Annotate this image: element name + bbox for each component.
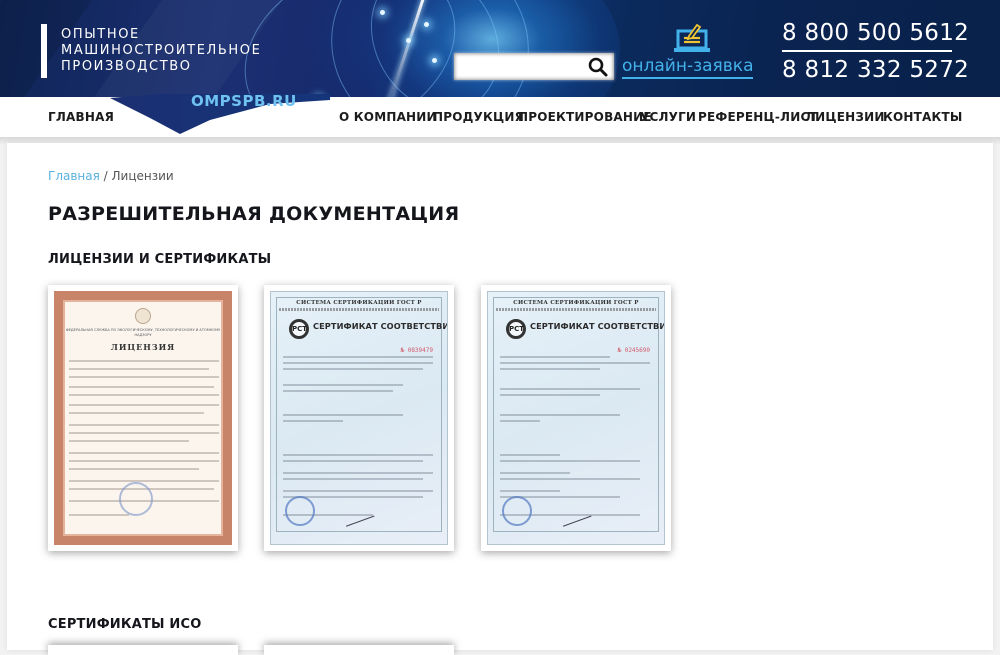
header-banner: ОПЫТНОЕ МАШИНОСТРОИТЕЛЬНОЕ ПРОИЗВОДСТВО … — [0, 0, 1000, 97]
certification-system: СИСТЕМА СЕРТИФИКАЦИИ ГОСТ Р — [488, 300, 664, 306]
nav-item-design[interactable]: ПРОЕКТИРОВАНИЕ — [518, 110, 652, 124]
online-order[interactable]: онлайн-заявка — [622, 18, 757, 80]
nav-item-services[interactable]: УСЛУГИ — [640, 110, 696, 124]
stamp-icon — [285, 496, 315, 526]
document-thumbnail-certificate[interactable]: СИСТЕМА СЕРТИФИКАЦИИ ГОСТ Р РСТ СЕРТИФИК… — [264, 285, 454, 551]
search-icon[interactable] — [588, 57, 608, 77]
iso-document-thumbnail[interactable] — [264, 645, 454, 650]
document-org: ФЕДЕРАЛЬНАЯ СЛУЖБА ПО ЭКОЛОГИЧЕСКОМУ, ТЕ… — [63, 328, 223, 338]
banner-decor — [406, 38, 411, 43]
document-heading: СЕРТИФИКАТ СООТВЕТСТВИЯ — [313, 321, 448, 331]
logo-line: ОПЫТНОЕ — [61, 27, 261, 43]
banner-decor — [380, 10, 385, 15]
nav-item-licenses[interactable]: ЛИЦЕНЗИИ — [805, 110, 885, 124]
document-thumbnail-certificate[interactable]: СИСТЕМА СЕРТИФИКАЦИИ ГОСТ Р РСТ СЕРТИФИК… — [481, 285, 671, 551]
phones: 8 800 500 5612 8 812 332 5272 — [782, 18, 952, 85]
logo[interactable]: ОПЫТНОЕ МАШИНОСТРОИТЕЛЬНОЕ ПРОИЗВОДСТВО — [61, 27, 261, 75]
stamp-icon — [119, 482, 153, 516]
site-url[interactable]: OMPSPB.RU — [191, 92, 297, 110]
stamp-icon — [502, 496, 532, 526]
breadcrumb-current: Лицензии — [112, 169, 174, 183]
section-title-licenses: ЛИЦЕНЗИИ И СЕРТИФИКАТЫ — [48, 252, 271, 267]
logo-line: ПРОИЗВОДСТВО — [61, 59, 261, 75]
logo-line: МАШИНОСТРОИТЕЛЬНОЕ — [61, 43, 261, 59]
breadcrumb-home[interactable]: Главная — [48, 169, 100, 183]
certificate-image: СИСТЕМА СЕРТИФИКАЦИИ ГОСТ Р РСТ СЕРТИФИК… — [270, 291, 448, 545]
logo-bar — [41, 24, 47, 78]
search-box — [454, 53, 614, 80]
document-thumbnail-license[interactable]: ФЕДЕРАЛЬНАЯ СЛУЖБА ПО ЭКОЛОГИЧЕСКОМУ, ТЕ… — [48, 285, 238, 551]
section-title-iso: СЕРТИФИКАТЫ ИСО — [48, 617, 202, 632]
banner-decor — [424, 22, 429, 27]
document-heading: СЕРТИФИКАТ СООТВЕТСТВИЯ — [530, 321, 665, 331]
iso-document-thumbnail[interactable] — [48, 645, 238, 650]
online-order-link[interactable]: онлайн-заявка — [622, 56, 753, 79]
breadcrumb: Главная / Лицензии — [48, 169, 174, 183]
banner-decor — [432, 58, 437, 63]
document-heading: ЛИЦЕНЗИЯ — [63, 342, 223, 352]
license-image: ФЕДЕРАЛЬНАЯ СЛУЖБА ПО ЭКОЛОГИЧЕСКОМУ, ТЕ… — [54, 291, 232, 545]
page-title: РАЗРЕШИТЕЛЬНАЯ ДОКУМЕНТАЦИЯ — [48, 203, 459, 225]
divider — [782, 50, 952, 52]
nav-home[interactable]: ГЛАВНАЯ — [48, 110, 114, 124]
phone-number[interactable]: 8 800 500 5612 — [782, 18, 952, 48]
nav-item-company[interactable]: О КОМПАНИИ — [339, 110, 437, 124]
phone-number[interactable]: 8 812 332 5272 — [782, 55, 952, 85]
main-nav: ГЛАВНАЯ О КОМПАНИИ ПРОДУКЦИЯ ПРОЕКТИРОВА… — [0, 97, 1000, 137]
pct-mark-icon: РСТ — [506, 319, 526, 339]
nav-item-reference-list[interactable]: РЕФЕРЕНЦ-ЛИСТ — [698, 110, 818, 124]
pct-mark-icon: РСТ — [289, 319, 309, 339]
coat-of-arms-icon — [135, 308, 151, 324]
nav-item-products[interactable]: ПРОДУКЦИЯ — [433, 110, 524, 124]
certificate-serial: № 0245690 — [617, 347, 650, 354]
search-input[interactable] — [458, 56, 583, 77]
nav-item-contacts[interactable]: КОНТАКТЫ — [883, 110, 963, 124]
certification-system: СИСТЕМА СЕРТИФИКАЦИИ ГОСТ Р — [271, 300, 447, 306]
breadcrumb-separator: / — [100, 169, 112, 183]
laptop-pencil-icon — [674, 23, 710, 53]
certificate-serial: № 0839479 — [400, 347, 433, 354]
certificate-image: СИСТЕМА СЕРТИФИКАЦИИ ГОСТ Р РСТ СЕРТИФИК… — [487, 291, 665, 545]
